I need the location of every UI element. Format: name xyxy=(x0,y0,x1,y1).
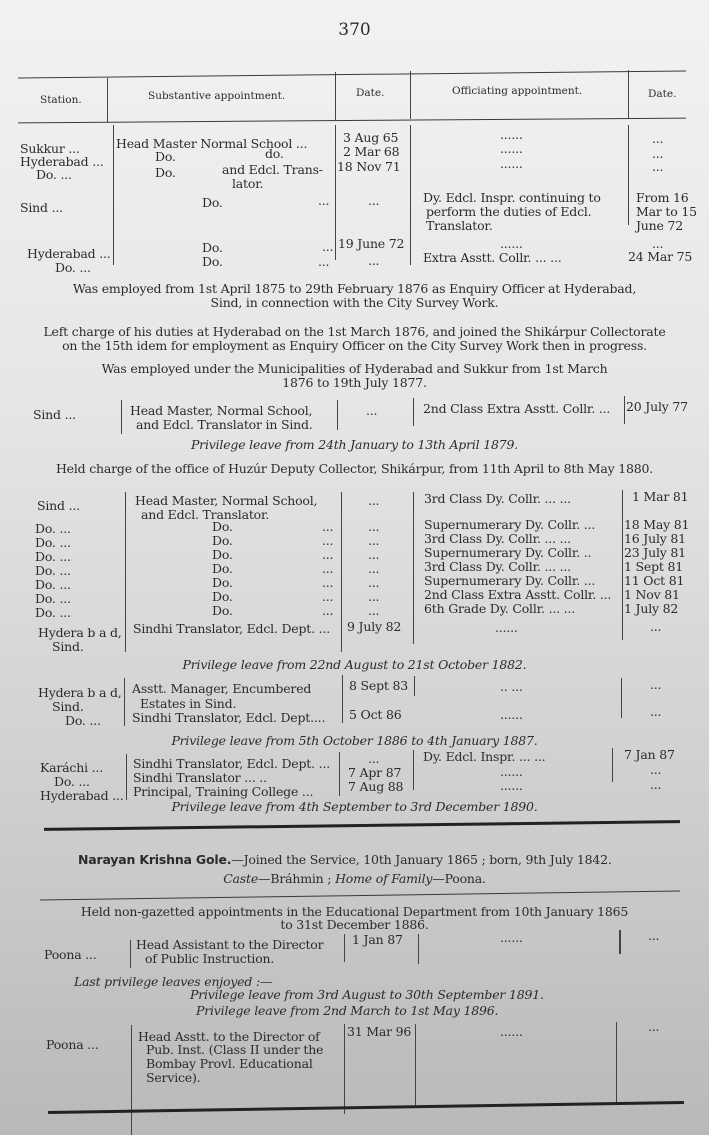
officiating-cell: Translator. xyxy=(426,219,493,232)
date-cell: ... xyxy=(368,494,379,507)
officiating-cell: 6th Grade Dy. Collr. ... ... xyxy=(424,602,575,615)
note-left-charge-line2: on the 15th idem for employment as Enqui… xyxy=(0,339,709,352)
date-cell: ... xyxy=(368,534,379,547)
station-cell: Poona ... xyxy=(44,948,97,961)
station-cell: Poona ... xyxy=(46,1038,99,1051)
col-header-date2: Date. xyxy=(648,88,676,100)
home-label: Home of Family xyxy=(335,871,432,886)
odate-cell: 16 July 81 xyxy=(624,532,686,545)
substantive-cell: Sindhi Translator, Edcl. Dept. ... xyxy=(133,622,330,635)
odate-cell: ... xyxy=(650,620,661,633)
station-cell: Do. ... xyxy=(35,578,71,591)
substantive-cell: Do. xyxy=(212,562,233,575)
station-cell: Do. ... xyxy=(35,550,71,563)
officiating-cell: ...... xyxy=(500,128,523,141)
col-divider xyxy=(339,752,340,796)
header-divider xyxy=(107,78,108,122)
huzur-charge-note: Held charge of the office of Huzúr Deput… xyxy=(0,462,709,475)
date-cell: ... xyxy=(366,404,377,417)
date-cell: ... xyxy=(368,752,379,765)
substantive-cell: Do. xyxy=(212,604,233,617)
officiating-cell: Dy. Edcl. Inspr. continuing to xyxy=(423,191,601,204)
substantive-dots: ... xyxy=(318,194,329,207)
note-municipalities-line2: 1876 to 19th July 1877. xyxy=(0,376,709,389)
bottom-rule xyxy=(48,1101,684,1114)
col-divider xyxy=(344,1024,345,1114)
officiating-cell: ...... xyxy=(500,931,523,944)
date-cell: 9 July 82 xyxy=(347,620,401,633)
col-divider xyxy=(413,398,414,426)
substantive-cell: Do. xyxy=(202,241,223,254)
odate-cell: 11 Oct 81 xyxy=(624,574,684,587)
date-cell: ... xyxy=(368,562,379,575)
odate-cell: ... xyxy=(650,778,661,791)
date-cell: 8 Sept 83 xyxy=(349,679,408,692)
col-divider xyxy=(616,1022,617,1102)
substantive-cell: Do. xyxy=(212,576,233,589)
non-gazetted-line2: to 31st December 1886. xyxy=(0,918,709,931)
substantive-cell: and Edcl. Translator in Sind. xyxy=(136,418,313,431)
substantive-cell: Bombay Provl. Educational xyxy=(146,1057,313,1070)
substantive-cell: Do. xyxy=(212,520,233,533)
date-cell: 2 Mar 68 xyxy=(343,145,399,158)
col-divider xyxy=(619,930,621,954)
officiating-cell: Supernumerary Dy. Collr. ... xyxy=(424,574,595,587)
date-cell: ... xyxy=(368,520,379,533)
col-divider xyxy=(126,754,127,800)
section-separator xyxy=(44,820,680,831)
substantive-dots: ... xyxy=(322,534,333,547)
page-number: 370 xyxy=(0,20,709,40)
odate-cell: ... xyxy=(650,705,661,718)
col-divider xyxy=(418,934,419,964)
date-cell: ... xyxy=(368,548,379,561)
substantive-cell: lator. xyxy=(232,177,263,190)
privilege-leave-note: Privilege leave from 4th September to 3r… xyxy=(0,800,709,813)
odate-cell: Mar to 15 xyxy=(636,205,697,218)
substantive-cell: Head Assistant to the Director xyxy=(136,938,323,951)
privilege-leave-note: Privilege leave from 5th October 1886 to… xyxy=(0,734,709,747)
substantive-cell: Do. xyxy=(155,166,176,179)
date-cell: 31 Mar 96 xyxy=(347,1025,411,1038)
station-cell: Hyderabad ... xyxy=(27,247,111,260)
col-divider xyxy=(413,750,414,790)
col-divider xyxy=(414,676,415,696)
substantive-cell: do. xyxy=(265,147,284,160)
station-cell: Do. ... xyxy=(35,522,71,535)
col-divider xyxy=(628,125,629,225)
col-divider xyxy=(125,492,126,652)
odate-cell: From 16 xyxy=(636,191,689,204)
substantive-dots: ... xyxy=(322,548,333,561)
officiating-cell: ...... xyxy=(500,779,523,792)
col-divider xyxy=(621,678,622,718)
date-cell: 19 June 72 xyxy=(338,237,404,250)
date-cell: ... xyxy=(368,576,379,589)
substantive-dots: ... xyxy=(322,590,333,603)
officiating-cell: ...... xyxy=(500,765,523,778)
col-header-officiating: Officiating appointment. xyxy=(452,85,582,97)
officer-service-dates: —Joined the Service, 10th January 1865 ;… xyxy=(231,852,611,867)
substantive-cell: Estates in Sind. xyxy=(140,697,236,710)
col-divider xyxy=(624,396,625,424)
section-rule xyxy=(40,891,680,901)
odate-cell: ... xyxy=(650,763,661,776)
station-cell: Sind ... xyxy=(37,499,80,512)
officer-entry-heading: Narayan Krishna Gole.—Joined the Service… xyxy=(78,853,612,866)
substantive-dots: ... xyxy=(322,240,333,253)
privilege-leave-1896: Privilege leave from 2nd March to 1st Ma… xyxy=(196,1004,498,1017)
col-divider xyxy=(113,125,114,265)
col-divider xyxy=(337,400,338,430)
officiating-cell: ...... xyxy=(500,142,523,155)
col-divider xyxy=(341,492,342,652)
col-divider xyxy=(121,400,122,434)
station-cell: Do. ... xyxy=(35,606,71,619)
substantive-cell: Head Master, Normal School, xyxy=(130,404,312,417)
substantive-dots: ... xyxy=(322,576,333,589)
station-cell: Karáchi ... xyxy=(40,761,103,774)
odate-cell: 1 Nov 81 xyxy=(624,588,680,601)
odate-cell: ... xyxy=(650,678,661,691)
col-divider xyxy=(124,678,125,726)
col-header-date: Date. xyxy=(356,87,384,99)
substantive-dots: ... xyxy=(318,255,329,268)
station-cell: Do. ... xyxy=(35,536,71,549)
substantive-cell: Do. xyxy=(212,534,233,547)
substantive-dots: ... xyxy=(322,604,333,617)
privilege-leave-1891: Privilege leave from 3rd August to 30th … xyxy=(190,988,544,1001)
station-cell: Hydera b a d, xyxy=(38,686,122,699)
substantive-cell: Do. xyxy=(212,590,233,603)
caste-value: —Bráhmin ; xyxy=(258,871,331,886)
odate-cell: ... xyxy=(652,160,663,173)
note-municipalities-line1: Was employed under the Municipalities of… xyxy=(0,362,709,375)
caste-line: Caste—Bráhmin ; Home of Family—Poona. xyxy=(0,872,709,885)
header-divider xyxy=(335,72,336,120)
privilege-leave-note: Privilege leave from 24th January to 13t… xyxy=(0,438,709,451)
substantive-cell: and Edcl. Trans- xyxy=(222,163,323,176)
col-divider xyxy=(342,675,343,723)
station-cell: Sind ... xyxy=(33,408,76,421)
substantive-cell: Sindhi Translator, Edcl. Dept.... xyxy=(132,711,325,724)
date-cell: 18 Nov 71 xyxy=(337,160,400,173)
date-cell: ... xyxy=(368,604,379,617)
odate-cell: 20 July 77 xyxy=(626,400,688,413)
date-cell: 5 Oct 86 xyxy=(349,708,401,721)
officiating-cell: 2nd Class Extra Asstt. Collr. ... xyxy=(424,588,611,601)
officer-name: Narayan Krishna Gole. xyxy=(78,852,231,867)
substantive-cell: Head Master, Normal School, xyxy=(135,494,317,507)
odate-cell: 1 Sept 81 xyxy=(624,560,683,573)
odate-cell: ... xyxy=(648,929,659,942)
date-cell: 3 Aug 65 xyxy=(343,131,398,144)
col-header-station: Station. xyxy=(40,94,82,106)
station-cell: Do. ... xyxy=(35,592,71,605)
home-value: —Poona. xyxy=(432,871,486,886)
note-left-charge-line1: Left charge of his duties at Hyderabad o… xyxy=(0,325,709,338)
officiating-cell: ...... xyxy=(500,1025,523,1038)
substantive-cell: Principal, Training College ... xyxy=(133,785,313,798)
officiating-cell: Supernumerary Dy. Collr. ... xyxy=(424,518,595,531)
substantive-cell: Service). xyxy=(146,1071,200,1084)
odate-cell: June 72 xyxy=(636,219,683,232)
header-divider xyxy=(410,71,411,119)
station-cell: Do. ... xyxy=(55,261,91,274)
substantive-cell: Do. xyxy=(202,255,223,268)
col-divider xyxy=(415,1024,416,1106)
odate-cell: 7 Jan 87 xyxy=(624,748,675,761)
odate-cell: 1 Mar 81 xyxy=(632,490,688,503)
station-cell: Hydera b a d, xyxy=(38,626,122,639)
substantive-cell: Do. xyxy=(212,548,233,561)
officiating-cell: ...... xyxy=(500,708,523,721)
odate-cell: 18 May 81 xyxy=(624,518,689,531)
station-cell: Sind. xyxy=(52,640,84,653)
caste-label: Caste xyxy=(223,871,258,886)
officiating-cell: ...... xyxy=(495,621,518,634)
substantive-cell: Sindhi Translator, Edcl. Dept. ... xyxy=(133,757,330,770)
officiating-cell: 3rd Class Dy. Collr. ... ... xyxy=(424,532,571,545)
officiating-cell: ...... xyxy=(500,237,523,250)
odate-cell: 24 Mar 75 xyxy=(628,250,692,263)
station-cell: Sind. xyxy=(52,700,84,713)
substantive-cell: Do. xyxy=(155,150,176,163)
header-bottom-rule xyxy=(18,118,686,124)
officiating-cell: Dy. Edcl. Inspr. ... ... xyxy=(423,750,545,763)
col-divider xyxy=(335,125,336,260)
substantive-cell: Do. xyxy=(202,196,223,209)
substantive-cell: of Public Instruction. xyxy=(145,952,274,965)
date-cell: ... xyxy=(368,194,379,207)
substantive-dots: ... xyxy=(322,520,333,533)
officiating-cell: Supernumerary Dy. Collr. .. xyxy=(424,546,591,559)
col-divider xyxy=(622,490,623,640)
substantive-cell: Asstt. Manager, Encumbered xyxy=(132,682,311,695)
header-top-rule xyxy=(18,71,686,79)
officiating-cell: 3rd Class Dy. Collr. ... ... xyxy=(424,492,571,505)
col-divider xyxy=(131,1025,132,1135)
officiating-cell: Extra Asstt. Collr. ... ... xyxy=(423,251,562,264)
station-cell: Sind ... xyxy=(20,201,63,214)
date-cell: 1 Jan 87 xyxy=(352,933,403,946)
odate-cell: 23 July 81 xyxy=(624,546,686,559)
substantive-cell: Sindhi Translator ... .. xyxy=(133,771,267,784)
officiating-cell: .. ... xyxy=(500,680,523,693)
col-divider xyxy=(413,492,414,644)
station-cell: Do. ... xyxy=(36,168,72,181)
odate-cell: ... xyxy=(652,132,663,145)
substantive-dots: ... xyxy=(322,562,333,575)
col-divider xyxy=(612,748,613,782)
station-cell: Do. ... xyxy=(35,564,71,577)
station-cell: Do. ... xyxy=(54,775,90,788)
privilege-leave-note: Privilege leave from 22nd August to 21st… xyxy=(0,658,709,671)
col-divider xyxy=(130,940,131,968)
col-divider xyxy=(410,125,411,265)
officiating-cell: perform the duties of Edcl. xyxy=(426,205,591,218)
date-cell: ... xyxy=(368,590,379,603)
header-divider xyxy=(628,70,629,118)
substantive-cell: Pub. Inst. (Class II under the xyxy=(146,1043,323,1056)
officiating-cell: 2nd Class Extra Asstt. Collr. ... xyxy=(423,402,610,415)
col-header-substantive: Substantive appointment. xyxy=(148,90,285,102)
note-enquiry-line1: Was employed from 1st April 1875 to 29th… xyxy=(0,282,709,295)
col-divider xyxy=(344,934,345,962)
station-cell: Do. ... xyxy=(65,714,101,727)
odate-cell: 1 July 82 xyxy=(624,602,678,615)
officiating-cell: ...... xyxy=(500,157,523,170)
odate-cell: ... xyxy=(648,1020,659,1033)
date-cell: ... xyxy=(368,254,379,267)
date-cell: 7 Aug 88 xyxy=(348,780,403,793)
note-enquiry-line2: Sind, in connection with the City Survey… xyxy=(0,296,709,309)
officiating-cell: 3rd Class Dy. Collr. ... ... xyxy=(424,560,571,573)
substantive-cell: and Edcl. Translator. xyxy=(141,508,269,521)
date-cell: 7 Apr 87 xyxy=(348,766,401,779)
